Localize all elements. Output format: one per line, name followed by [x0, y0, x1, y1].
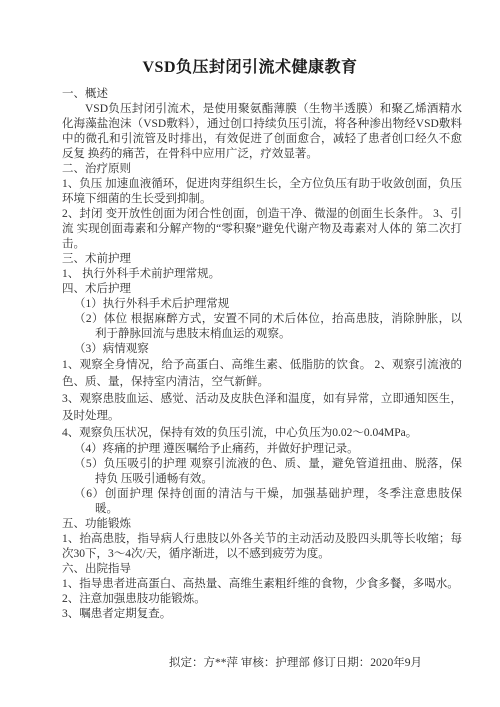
section-heading-postop-care: 四、术后护理	[62, 282, 462, 297]
document-title: VSD负压封闭引流术健康教育	[0, 0, 500, 78]
paragraph-discharge-2: 2、注意加强患肢功能锻炼。	[62, 592, 462, 607]
section-heading-treatment-principle: 二、治疗原则	[62, 162, 462, 177]
paragraph-observation-4-pressure: 4、观察负压状况，保持有效的负压引流，中心负压为0.02～0.04MPa。	[62, 425, 462, 442]
section-heading-overview: 一、概述	[62, 87, 462, 102]
paragraph-postop-5-suction-care: （5）负压吸引的护理 观察引流液的色、质、量，避免管道扭曲、脱落，保持负 压吸引…	[62, 457, 462, 487]
paragraph-postop-4-pain-care: （4）疼痛的护理 遵医嘱给予止痛药，并做好护理记录。	[62, 442, 462, 457]
paragraph-principle-2-3: 2、封闭 变开放性创面为闭合性创面，创造干净、微湿的创面生长条件。 3、引流 实…	[62, 207, 462, 252]
paragraph-exercise-1: 1、抬高患肢，指导病人行患肢以外各关节的主动活动及股四头肌等长收缩；每次30下，…	[62, 532, 462, 562]
paragraph-discharge-3: 3、嘱患者定期复查。	[62, 607, 462, 622]
paragraph-observation-1-2: 1、观察全身情况，给予高蛋白、高维生素、低脂肪的饮食。 2、观察引流液的色、质、…	[62, 357, 462, 391]
section-heading-preop-care: 三、术前护理	[62, 252, 462, 267]
paragraph-postop-1: （1）执行外科手术后护理常规	[62, 297, 462, 312]
paragraph-discharge-1: 1、指导患者进高蛋白、高热量、高维生素粗纤维的食物，少食多餐，多喝水。	[62, 577, 462, 592]
section-heading-exercise: 五、功能锻炼	[62, 517, 462, 532]
section-heading-discharge-guide: 六、出院指导	[62, 562, 462, 577]
document-body: 一、概述 VSD负压封闭引流术，是使用聚氨酯薄膜（生物半透膜）和聚乙烯酒精水化海…	[62, 87, 462, 622]
paragraph-principle-1: 1、负压 加速血液循环，促进肉芽组织生长，全方位负压有助于收敛创面，负压环境下细…	[62, 177, 462, 207]
paragraph-postop-3-observation: （3）病情观察	[62, 342, 462, 357]
paragraph-observation-3: 3、观察患肢血运、感觉、活动及皮肤色泽和温度，如有异常，立即通知医生，及时处理。	[62, 391, 462, 425]
paragraph-postop-2-position: （2）体位 根据麻醉方式，安置不同的术后体位，抬高患肢，消除肿胀，以利于静脉回流…	[62, 312, 462, 342]
paragraph-overview: VSD负压封闭引流术，是使用聚氨酯薄膜（生物半透膜）和聚乙烯酒精水化海藻盐泡沫（…	[62, 102, 462, 162]
paragraph-preop-1: 1、 执行外科手术前护理常规。	[62, 267, 462, 282]
document-footer: 拟定：方**萍 审核：护理部 修订日期：2020年9月	[62, 654, 422, 670]
document-page: VSD负压封闭引流术健康教育 一、概述 VSD负压封闭引流术，是使用聚氨酯薄膜（…	[0, 0, 500, 707]
paragraph-postop-6-wound-care: （6）创面护理 保持创面的清洁与干燥，加强基础护理，冬季注意患肢保暖。	[62, 487, 462, 517]
